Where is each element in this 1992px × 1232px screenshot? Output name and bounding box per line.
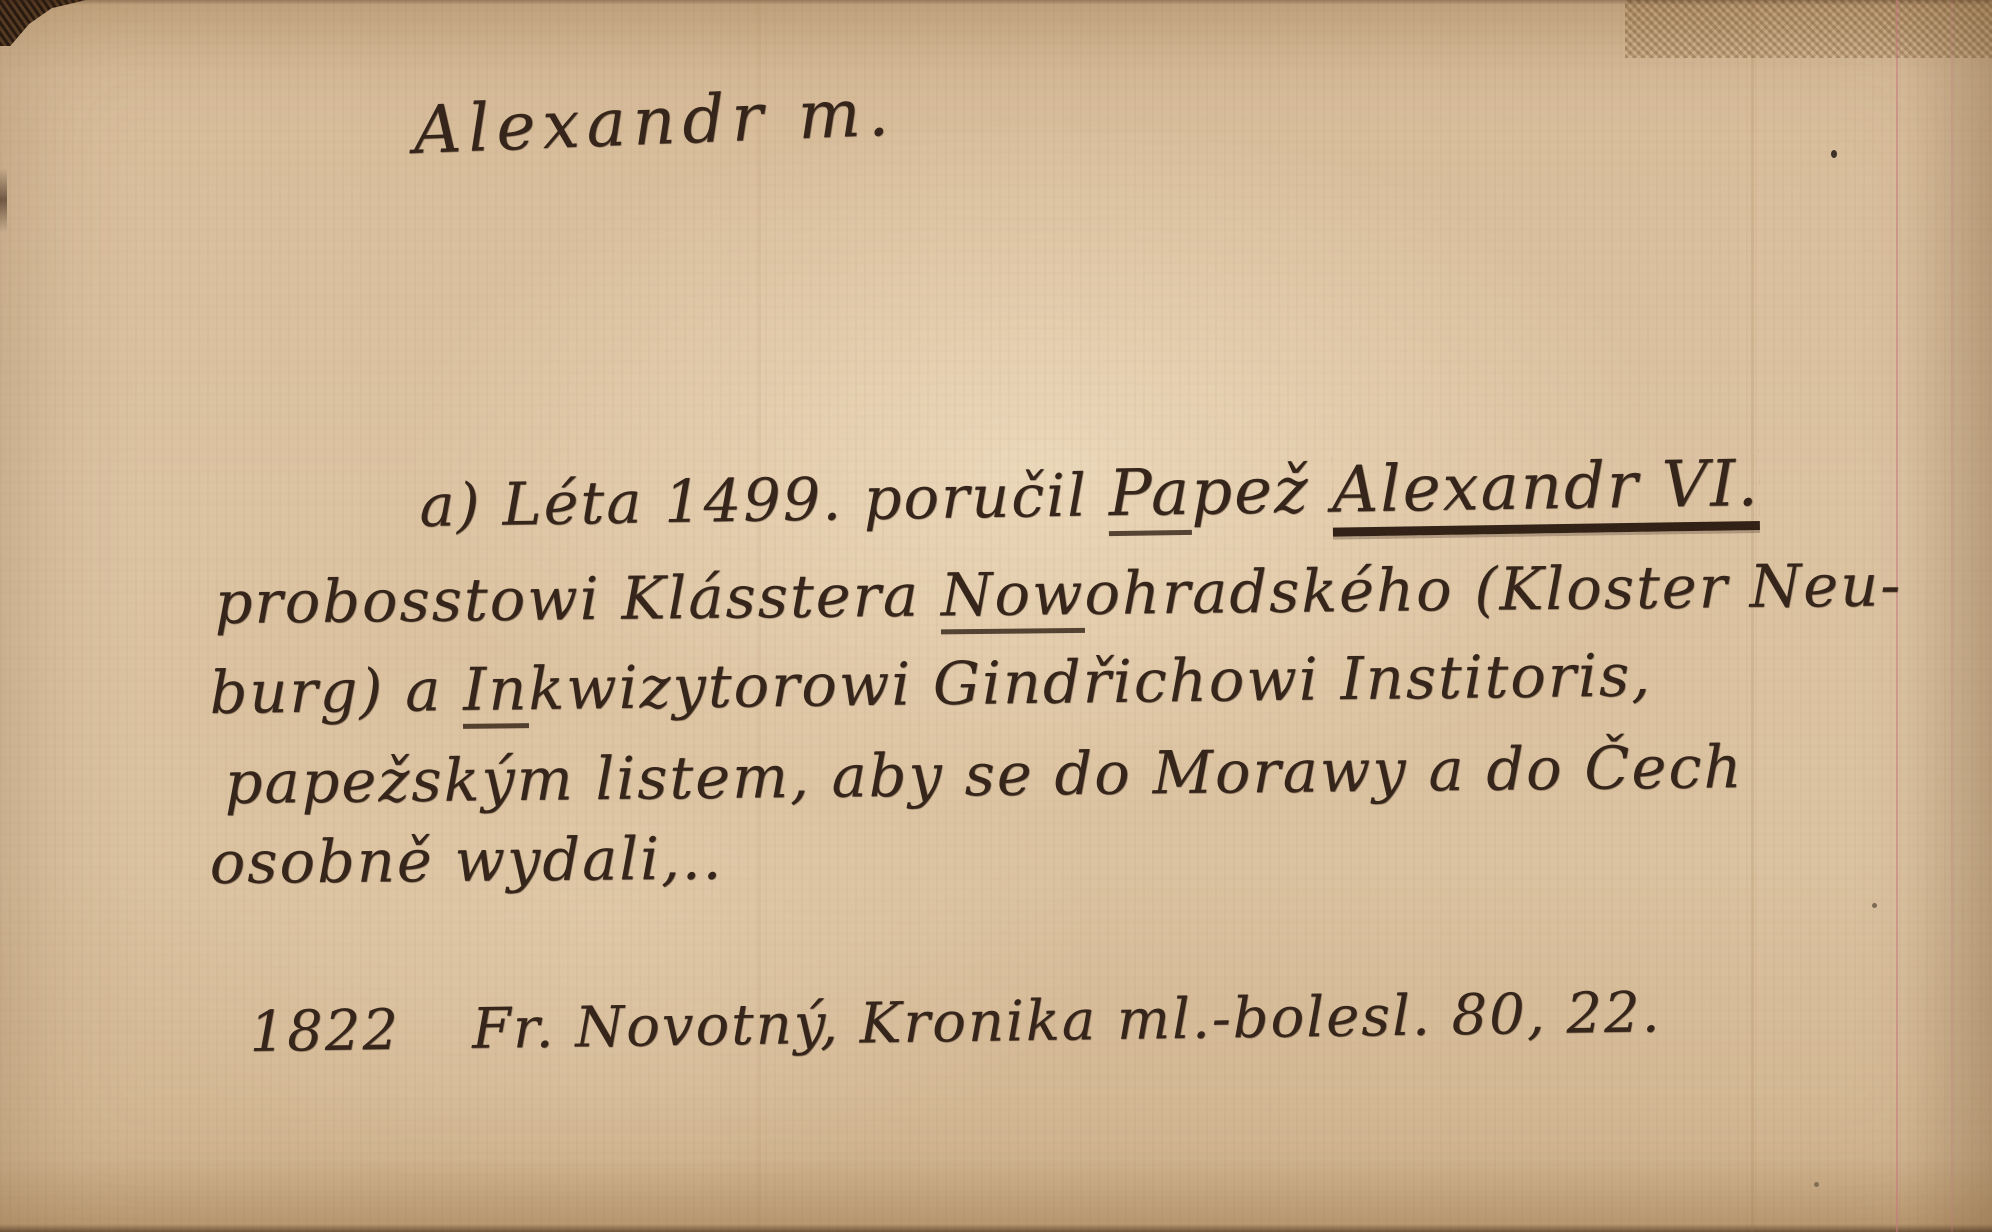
line4-text: papežským listem, aby se do Morawy a do … [224,732,1744,817]
ink-speck [1831,150,1837,158]
citation-reference: Fr. Novotný, Kronika ml.-bolesl. 80, 22. [472,980,1662,1062]
papez-underline-start: Pa [1108,456,1192,536]
emphasized-pope-name: Alexandr VI. [1331,447,1760,537]
manuscript-page: Alexandr m. a) Léta 1499. poručil Papež … [0,0,1992,1232]
citation-line: 1822 Fr. Novotný, Kronika ml.-bolesl. 80… [249,980,1662,1065]
papez-rest: pež [1190,454,1332,530]
ink-speck [1814,1182,1819,1187]
line3-rest: kwizytorowi Gindřichowi Institoris, [528,640,1652,723]
body-line-3: burg) a Inkwizytorowi Gindřichowi Instit… [209,640,1652,727]
page-curl-shadow [1902,0,1992,1232]
body-line-5: osobně wydali,.. [209,824,723,897]
inkwizytor-underline-start: In [463,654,529,729]
line2-rest: ohradského (Kloster Neu- [1084,550,1902,628]
ink-speck [1872,903,1877,908]
scan-edge-top [0,0,1992,5]
nowohradsky-underline-start: Now [940,559,1084,635]
heading-text: Alexandr m. [412,74,897,169]
line2-text: probosstowi Klásstera [214,560,941,637]
edge-nick-mark [0,168,7,232]
line1-text: a) Léta 1499. poručil [419,460,1109,540]
citation-year: 1822 [249,998,400,1065]
scan-edge-bottom [0,1224,1992,1232]
corner-tear-mark [0,0,86,46]
line3-text: burg) a [209,655,463,727]
heading-line: Alexandr m. [412,74,897,169]
body-line-4: papežským listem, aby se do Morawy a do … [224,732,1744,817]
body-line-1: a) Léta 1499. poručil Papež Alexandr VI. [419,447,1760,542]
body-line-2: probosstowi Klásstera Nowohradského (Klo… [214,550,1902,637]
line5-text: osobně wydali,.. [209,824,723,897]
